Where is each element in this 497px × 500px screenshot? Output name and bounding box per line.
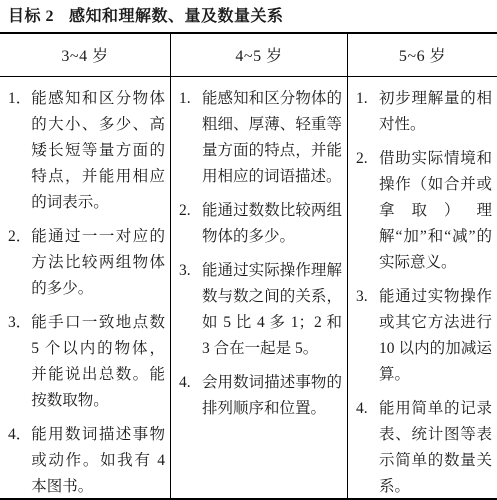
column-age-4-5: 1. 能感知和区分物体的粗细、厚薄、轻重等量方面的特点，并能用相应的词语描述。 … [170, 77, 347, 498]
goal-label: 目标 2 [8, 8, 54, 25]
list-item: 1． 能感知和区分物体的大小、多少、高矮长短等量方面的特点，并能用相应的词表示。 [8, 86, 165, 216]
list-item: 1. 初步理解量的相对性。 [356, 86, 492, 138]
item-number: 3. [356, 284, 379, 388]
list-item: 4. 能用简单的记录表、统计图等表示简单的数量关系。 [356, 396, 492, 498]
table-header-row: 3~4 岁 4~5 岁 5~6 岁 [0, 34, 497, 77]
column-age-3-4: 1． 能感知和区分物体的大小、多少、高矮长短等量方面的特点，并能用相应的词表示。… [0, 77, 170, 498]
item-number: 2． [8, 224, 31, 302]
list-item: 4. 会用数词描述事物的排列顺序和位置。 [179, 370, 342, 422]
item-number: 1. [179, 86, 202, 190]
column-header-age-4-5: 4~5 岁 [170, 34, 347, 76]
list-item: 3． 能手口一致地点数 5 个以内的物体，并能说出总数。能按数取物。 [8, 310, 165, 414]
item-text: 能通过数数比较两组物体的多少。 [202, 198, 342, 250]
table-body-row: 1． 能感知和区分物体的大小、多少、高矮长短等量方面的特点，并能用相应的词表示。… [0, 77, 497, 498]
item-number: 3. [179, 258, 202, 362]
list-item: 3. 能通过实物操作或其它方法进行 10 以内的加减运算。 [356, 284, 492, 388]
item-number: 1. [356, 86, 379, 138]
item-number: 2. [179, 198, 202, 250]
item-number: 2. [356, 146, 379, 276]
item-text: 能通过实物操作或其它方法进行 10 以内的加减运算。 [379, 284, 492, 388]
item-text: 能通过一一对应的方法比较两组物体的多少。 [31, 224, 165, 302]
document-page: 目标 2感知和理解数、量及数量关系 3~4 岁 4~5 岁 5~6 岁 1． 能… [0, 0, 497, 500]
item-text: 能感知和区分物体的大小、多少、高矮长短等量方面的特点，并能用相应的词表示。 [31, 86, 165, 216]
item-text: 能手口一致地点数 5 个以内的物体，并能说出总数。能按数取物。 [31, 310, 165, 414]
item-text: 能用数词描述事物或动作。如我有 4 本图书。 [31, 422, 165, 498]
column-header-age-5-6: 5~6 岁 [347, 34, 497, 76]
item-text: 会用数词描述事物的排列顺序和位置。 [202, 370, 342, 422]
item-text: 能用简单的记录表、统计图等表示简单的数量关系。 [379, 396, 492, 498]
item-text: 能通过实际操作理解数与数之间的关系，如 5 比 4 多 1；2 和 3 合在一起… [202, 258, 342, 362]
list-item: 2． 能通过一一对应的方法比较两组物体的多少。 [8, 224, 165, 302]
list-item: 2. 借助实际情境和操作（如合并或拿取）理解“加”和“减”的实际意义。 [356, 146, 492, 276]
goal-title-text: 感知和理解数、量及数量关系 [69, 8, 284, 25]
item-text: 借助实际情境和操作（如合并或拿取）理解“加”和“减”的实际意义。 [379, 146, 492, 276]
column-age-5-6: 1. 初步理解量的相对性。 2. 借助实际情境和操作（如合并或拿取）理解“加”和… [347, 77, 497, 498]
list-item: 2. 能通过数数比较两组物体的多少。 [179, 198, 342, 250]
item-text: 初步理解量的相对性。 [379, 86, 492, 138]
item-number: 4． [8, 422, 31, 498]
table-caption: 目标 2感知和理解数、量及数量关系 [0, 7, 497, 32]
list-item: 3. 能通过实际操作理解数与数之间的关系，如 5 比 4 多 1；2 和 3 合… [179, 258, 342, 362]
column-header-age-3-4: 3~4 岁 [0, 34, 170, 76]
list-item: 4． 能用数词描述事物或动作。如我有 4 本图书。 [8, 422, 165, 498]
item-number: 4. [179, 370, 202, 422]
goals-table: 3~4 岁 4~5 岁 5~6 岁 1． 能感知和区分物体的大小、多少、高矮长短… [0, 32, 497, 500]
item-number: 1． [8, 86, 31, 216]
item-number: 4. [356, 396, 379, 498]
list-item: 1. 能感知和区分物体的粗细、厚薄、轻重等量方面的特点，并能用相应的词语描述。 [179, 86, 342, 190]
item-text: 能感知和区分物体的粗细、厚薄、轻重等量方面的特点，并能用相应的词语描述。 [202, 86, 342, 190]
item-number: 3． [8, 310, 31, 414]
